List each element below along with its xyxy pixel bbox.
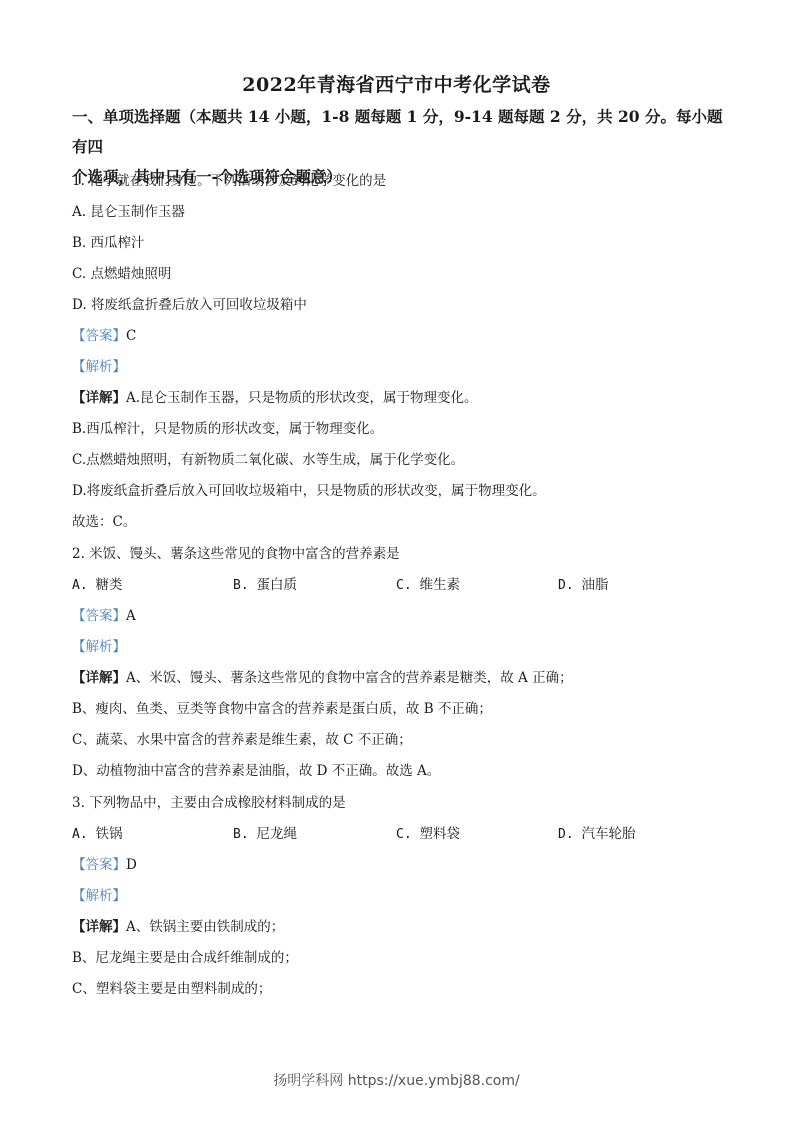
question-3-option-b: B. 尼龙绳 [233, 825, 297, 844]
section-heading-line-1: 一、单项选择题（本题共 14 小题，1-8 题每题 1 分，9-14 题每题 2… [72, 102, 732, 162]
option-key: D. [72, 297, 87, 313]
question-3-analysis-label: 【解析】 [72, 887, 126, 905]
question-1-option-c: C. 点燃蜡烛照明 [72, 265, 171, 283]
option-text: 蛋白质 [256, 577, 297, 593]
question-2-detail-line-1: 【详解】A、米饭、馒头、薯条这些常见的食物中富含的营养素是糖类，故 A 正确； [72, 669, 573, 687]
detail-text: A.昆仑玉制作玉器，只是物质的形状改变，属于物理变化。 [126, 390, 478, 406]
option-text: 西瓜榨汁 [91, 235, 145, 251]
option-key: A. [72, 204, 86, 220]
question-3-option-a: A. 铁锅 [72, 825, 122, 844]
question-1-answer: 【答案】C [72, 327, 136, 345]
question-1-detail-line-3: C.点燃蜡烛照明，有新物质二氧化碳、水等生成，属于化学变化。 [72, 451, 464, 469]
question-3-answer: 【答案】D [72, 856, 137, 874]
question-1-stem: 1. 化学就在我们身边。下列活动涉及到化学变化的是 [72, 172, 386, 190]
answer-label: 【答案】 [72, 328, 126, 344]
question-2-option-a: A. 糖类 [72, 576, 122, 595]
option-key: B. [233, 578, 249, 593]
question-1-analysis-label: 【解析】 [72, 358, 126, 376]
question-1-option-a: A. 昆仑玉制作玉器 [72, 203, 185, 221]
option-key: D. [558, 827, 574, 842]
option-text: 将废纸盒折叠后放入可回收垃圾箱中 [91, 297, 307, 313]
option-text: 塑料袋 [419, 826, 460, 842]
answer-value: C [126, 328, 136, 344]
question-2-option-b: B. 蛋白质 [233, 576, 297, 595]
option-key: C. [396, 827, 412, 842]
option-key: C. [72, 266, 86, 282]
detail-text: A、铁锅主要由铁制成的； [126, 919, 284, 935]
analysis-label: 【解析】 [72, 639, 126, 655]
detail-text: A、米饭、馒头、薯条这些常见的食物中富含的营养素是糖类，故 A 正确； [126, 670, 573, 686]
option-key: A. [72, 827, 88, 842]
answer-value: A [126, 608, 136, 624]
answer-value: D [126, 857, 137, 873]
question-1-detail-line-2: B.西瓜榨汁，只是物质的形状改变，属于物理变化。 [72, 420, 383, 438]
option-text: 尼龙绳 [256, 826, 297, 842]
question-3-option-d: D. 汽车轮胎 [558, 825, 635, 844]
question-3-detail-line-3: C、塑料袋主要是由塑料制成的； [72, 980, 271, 998]
question-2-stem: 2. 米饭、馒头、薯条这些常见的食物中富含的营养素是 [72, 545, 400, 563]
option-key: B. [233, 827, 249, 842]
question-1-conclusion: 故选：C。 [72, 513, 136, 531]
answer-label: 【答案】 [72, 857, 126, 873]
detail-label: 【详解】 [72, 670, 126, 686]
analysis-label: 【解析】 [72, 888, 126, 904]
question-3-detail-line-2: B、尼龙绳主要是由合成纤维制成的； [72, 949, 298, 967]
question-2-detail-line-4: D、动植物油中富含的营养素是油脂，故 D 不正确。故选 A。 [72, 762, 440, 780]
option-text: 昆仑玉制作玉器 [90, 204, 185, 220]
option-text: 铁锅 [95, 826, 122, 842]
question-2-detail-line-2: B、瘦肉、鱼类、豆类等食物中富含的营养素是蛋白质，故 B 不正确； [72, 700, 492, 718]
question-2-analysis-label: 【解析】 [72, 638, 126, 656]
detail-label: 【详解】 [72, 390, 126, 406]
question-3-detail-line-1: 【详解】A、铁锅主要由铁制成的； [72, 918, 284, 936]
question-1-option-b: B. 西瓜榨汁 [72, 234, 145, 252]
option-text: 点燃蜡烛照明 [90, 266, 171, 282]
option-text: 维生素 [419, 577, 460, 593]
page-title: 2022年青海省西宁市中考化学试卷 [0, 70, 793, 97]
exam-page: 2022年青海省西宁市中考化学试卷 一、单项选择题（本题共 14 小题，1-8 … [0, 0, 793, 1122]
option-text: 糖类 [95, 577, 122, 593]
detail-label: 【详解】 [72, 919, 126, 935]
question-2-detail-line-3: C、蔬菜、水果中富含的营养素是维生素，故 C 不正确； [72, 731, 412, 749]
option-key: C. [396, 578, 412, 593]
option-text: 汽车轮胎 [581, 826, 635, 842]
question-1-detail-line-4: D.将废纸盒折叠后放入可回收垃圾箱中，只是物质的形状改变，属于物理变化。 [72, 482, 546, 500]
question-3-stem: 3. 下列物品中，主要由合成橡胶材料制成的是 [72, 794, 346, 812]
question-1-option-d: D. 将废纸盒折叠后放入可回收垃圾箱中 [72, 296, 307, 314]
analysis-label: 【解析】 [72, 359, 126, 375]
question-3-option-c: C. 塑料袋 [396, 825, 460, 844]
option-text: 油脂 [581, 577, 608, 593]
footer-watermark: 扬明学科网 https://xue.ymbj88.com/ [0, 1070, 793, 1090]
answer-label: 【答案】 [72, 608, 126, 624]
question-2-option-d: D. 油脂 [558, 576, 608, 595]
option-key: B. [72, 235, 86, 251]
option-key: A. [72, 578, 88, 593]
question-1-detail-line-1: 【详解】A.昆仑玉制作玉器，只是物质的形状改变，属于物理变化。 [72, 389, 478, 407]
option-key: D. [558, 578, 574, 593]
question-2-option-c: C. 维生素 [396, 576, 460, 595]
question-2-answer: 【答案】A [72, 607, 136, 625]
